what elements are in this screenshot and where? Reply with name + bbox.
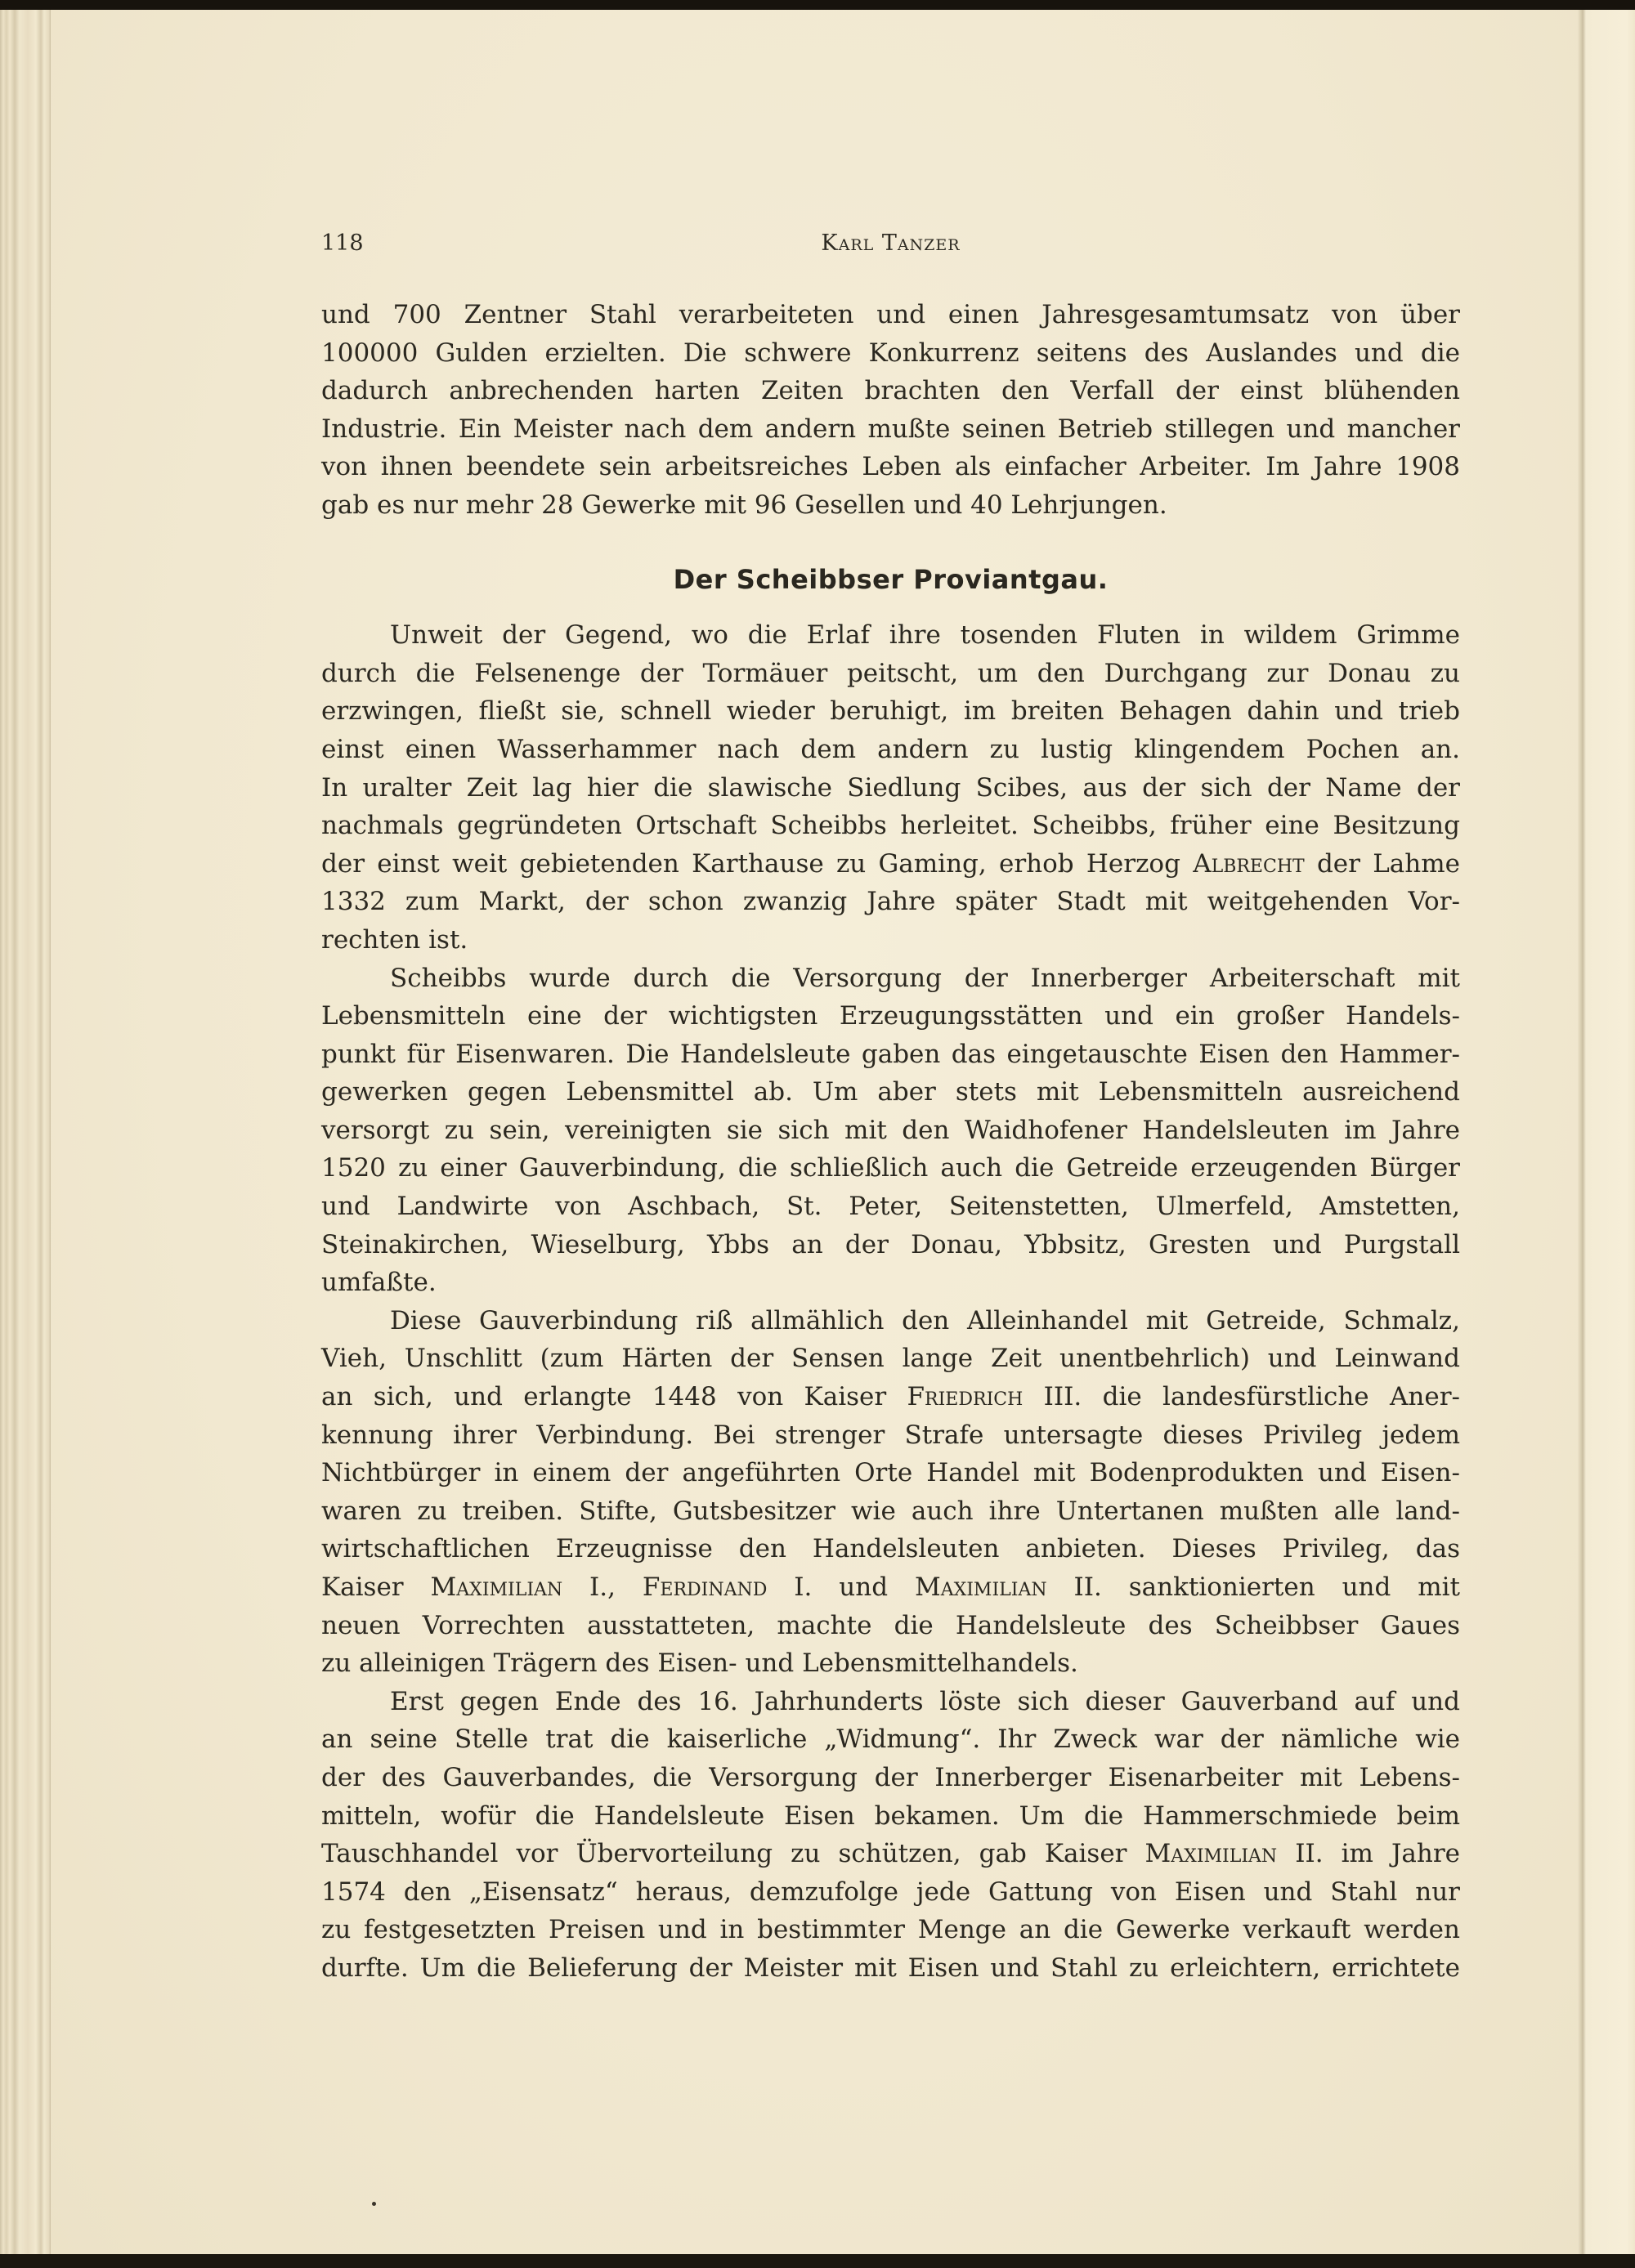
text-line: In uralter Zeit lag hier die slawische S… [321, 769, 1460, 807]
text-line: Lebensmitteln eine der wichtigsten Erzeu… [321, 997, 1460, 1036]
text-line: neuen Vorrechten ausstatteten, machte di… [321, 1607, 1460, 1645]
paragraph: und 700 Zentner Stahl verarbeiteten und … [321, 296, 1460, 525]
page-header: 118 Karl Tanzer [321, 230, 1460, 263]
text-line: von ihnen beendete sein arbeitsreiches L… [321, 448, 1460, 486]
text-line: punkt für Eisenwaren. Die Handelsleute g… [321, 1036, 1460, 1074]
text-line: durfte. Um die Belieferung der Meister m… [321, 1949, 1460, 1988]
text-line: dadurch anbrechenden harten Zeiten brach… [321, 372, 1460, 410]
paragraph: Unweit der Gegend, wo die Erlaf ihre tos… [321, 616, 1460, 959]
text-line: erzwingen, fließt sie, schnell wieder be… [321, 692, 1460, 731]
text-line: 1520 zu einer Gauverbindung, die schließ… [321, 1149, 1460, 1188]
text-line: kennung ihrer Verbindung. Bei strenger S… [321, 1416, 1460, 1455]
text-line: versorgt zu sein, vereinigten sie sich m… [321, 1112, 1460, 1150]
text-line: wirtschaftlichen Erzeugnisse den Handels… [321, 1530, 1460, 1568]
text-line: zu festgesetzten Preisen und in bestimmt… [321, 1911, 1460, 1949]
text-line: gab es nur mehr 28 Gewerke mit 96 Gesell… [321, 486, 1460, 525]
text-line: Vieh, Unschlitt (zum Härten der Sensen l… [321, 1340, 1460, 1378]
scan-border-bottom [0, 2254, 1635, 2268]
scan-border-top [0, 0, 1635, 10]
text-line: Scheibbs wurde durch die Versorgung der … [321, 960, 1460, 998]
running-head: Karl Tanzer [321, 230, 1460, 256]
text-line: 1574 den „Eisensatz“ heraus, demzufolge … [321, 1873, 1460, 1912]
text-line: Industrie. Ein Meister nach dem andern m… [321, 410, 1460, 449]
text-line: und Landwirte von Aschbach, St. Peter, S… [321, 1188, 1460, 1226]
text-line: Unweit der Gegend, wo die Erlaf ihre tos… [321, 616, 1460, 655]
paragraph: Scheibbs wurde durch die Versorgung der … [321, 960, 1460, 1302]
book-gutter [1578, 10, 1635, 2254]
text-line: rechten ist. [321, 921, 1460, 960]
text-line: 1332 zum Markt, der schon zwanzig Jahre … [321, 883, 1460, 921]
text-line: Steinakirchen, Wieselburg, Ybbs an der D… [321, 1226, 1460, 1264]
text-line: Nichtbürger in einem der angeführten Ort… [321, 1454, 1460, 1492]
paragraph: Diese Gauverbindung riß allmählich den A… [321, 1302, 1460, 1683]
text-line: Erst gegen Ende des 16. Jahrhunderts lös… [321, 1683, 1460, 1721]
text-line: mitteln, wofür die Handelsleute Eisen be… [321, 1797, 1460, 1836]
text-line: Tauschhandel vor Übervorteilung zu schüt… [321, 1835, 1460, 1873]
text-line: Kaiser Maximilian I., Ferdinand I. und M… [321, 1568, 1460, 1607]
text-line: einst einen Wasserhammer nach dem andern… [321, 731, 1460, 769]
text-line: gewerken gegen Lebensmittel ab. Um aber … [321, 1073, 1460, 1112]
text-line: und 700 Zentner Stahl verarbeiteten und … [321, 296, 1460, 334]
text-line: waren zu treiben. Stifte, Gutsbesitzer w… [321, 1492, 1460, 1531]
page-stack-edge [0, 10, 51, 2254]
paragraph: Erst gegen Ende des 16. Jahrhunderts lös… [321, 1683, 1460, 1988]
text-line: an seine Stelle trat die kaiserliche „Wi… [321, 1720, 1460, 1759]
text-line: der einst weit gebietenden Karthause zu … [321, 845, 1460, 883]
paper-speck [372, 2202, 376, 2206]
text-line: durch die Felsenenge der Tormäuer peitsc… [321, 655, 1460, 693]
body-text: und 700 Zentner Stahl verarbeiteten und … [321, 296, 1460, 1988]
text-line: 100000 Gulden erzielten. Die schwere Kon… [321, 334, 1460, 373]
text-line: Diese Gauverbindung riß allmählich den A… [321, 1302, 1460, 1340]
text-line: der des Gauverbandes, die Versorgung der… [321, 1759, 1460, 1797]
text-line: umfaßte. [321, 1264, 1460, 1302]
text-line: zu alleinigen Trägern des Eisen- und Leb… [321, 1644, 1460, 1683]
text-line: nachmals gegründeten Ortschaft Scheibbs … [321, 807, 1460, 845]
text-line: an sich, und erlangte 1448 von Kaiser Fr… [321, 1378, 1460, 1416]
section-heading: Der Scheibbser Proviantgau. [321, 561, 1460, 599]
